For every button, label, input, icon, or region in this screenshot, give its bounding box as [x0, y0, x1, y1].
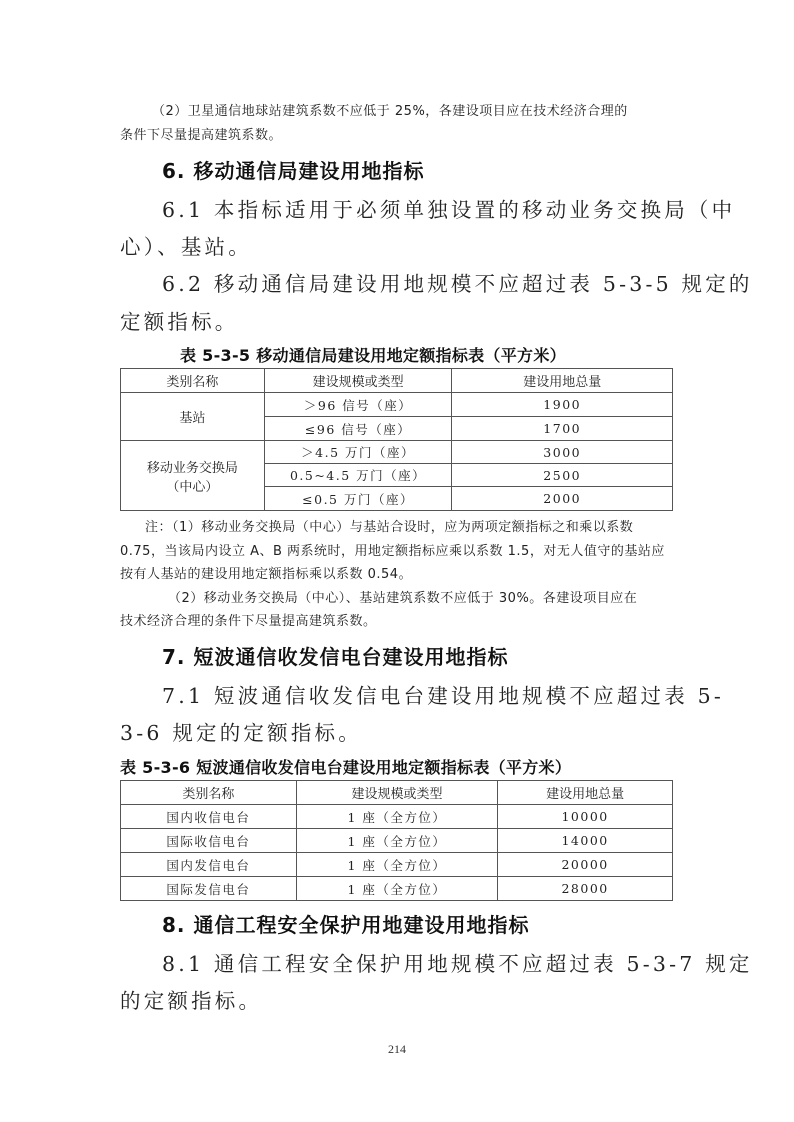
header-scale: 建设规模或类型: [264, 369, 452, 393]
header-category: 类别名称: [121, 781, 297, 805]
category-cell: 国际收信电台: [121, 829, 297, 853]
scale-cell: 1 座（全方位）: [296, 805, 498, 829]
section-7-heading: 7. 短波通信收发信电台建设用地指标: [162, 641, 508, 670]
intro-note-line-2: 条件下尽量提高建筑系数。: [120, 124, 282, 143]
category-cell: 基站: [121, 393, 265, 441]
area-cell: 2500: [452, 464, 673, 487]
header-area: 建设用地总量: [452, 369, 673, 393]
area-cell: 20000: [498, 853, 673, 877]
category-line-1: 移动业务交换局: [121, 457, 264, 476]
table-row: 国际发信电台 1 座（全方位） 28000: [121, 877, 673, 901]
table-row: 基站 ＞96 信号（座） 1900: [121, 393, 673, 417]
area-cell: 1900: [452, 393, 673, 417]
table-header-row: 类别名称 建设规模或类型 建设用地总量: [121, 781, 673, 805]
header-scale: 建设规模或类型: [296, 781, 498, 805]
table-5-3-6: 类别名称 建设规模或类型 建设用地总量 国内收信电台 1 座（全方位） 1000…: [120, 780, 673, 901]
scale-cell: 1 座（全方位）: [296, 877, 498, 901]
scale-cell: ＞96 信号（座）: [264, 393, 452, 417]
category-cell: 国内收信电台: [121, 805, 297, 829]
table-header-row: 类别名称 建设规模或类型 建设用地总量: [121, 369, 673, 393]
table-5-3-5-caption: 表 5-3-5 移动通信局建设用地定额指标表（平方米）: [180, 343, 566, 366]
header-category: 类别名称: [121, 369, 265, 393]
area-cell: 3000: [452, 441, 673, 464]
area-cell: 10000: [498, 805, 673, 829]
table-note-1-line-3: 按有人基站的建设用地定额指标乘以系数 0.54。: [120, 563, 412, 582]
category-cell: 移动业务交换局 （中心）: [121, 441, 265, 511]
scale-cell: ≤96 信号（座）: [264, 417, 452, 441]
category-cell: 国内发信电台: [121, 853, 297, 877]
table-note-1-line-1: 注：（1）移动业务交换局（中心）与基站合设时，应为两项定额指标之和乘以系数: [145, 516, 633, 535]
table-row: 国内收信电台 1 座（全方位） 10000: [121, 805, 673, 829]
section-8-1-line-1: 8.1 通信工程安全保护用地规模不应超过表 5-3-7 规定: [162, 947, 753, 977]
scale-cell: 0.5~4.5 万门（座）: [264, 464, 452, 487]
table-row: 国际收信电台 1 座（全方位） 14000: [121, 829, 673, 853]
table-5-3-6-caption: 表 5-3-6 短波通信收发信电台建设用地定额指标表（平方米）: [120, 755, 571, 778]
intro-note-line-1: （2）卫星通信地球站建筑系数不应低于 25%，各建设项目应在技术经济合理的: [152, 100, 628, 119]
section-6-1-line-1: 6.1 本指标适用于必须单独设置的移动业务交换局（中: [162, 193, 735, 223]
area-cell: 1700: [452, 417, 673, 441]
section-6-2-line-1: 6.2 移动通信局建设用地规模不应超过表 5-3-5 规定的: [162, 267, 753, 297]
area-cell: 2000: [452, 487, 673, 511]
scale-cell: ≤0.5 万门（座）: [264, 487, 452, 511]
header-area: 建设用地总量: [498, 781, 673, 805]
table-5-3-5: 类别名称 建设规模或类型 建设用地总量 基站 ＞96 信号（座） 1900 ≤9…: [120, 368, 673, 511]
table-note-2-line-1: （2）移动业务交换局（中心）、基站建筑系数不应低于 30%。各建设项目应在: [168, 587, 637, 606]
table-row: 移动业务交换局 （中心） ＞4.5 万门（座） 3000: [121, 441, 673, 464]
section-7-1-line-2: 3-6 规定的定额指标。: [120, 716, 362, 746]
table-row: 国内发信电台 1 座（全方位） 20000: [121, 853, 673, 877]
section-6-heading: 6. 移动通信局建设用地指标: [162, 155, 424, 184]
area-cell: 14000: [498, 829, 673, 853]
section-6-1-line-2: 心）、基站。: [120, 230, 252, 260]
scale-cell: 1 座（全方位）: [296, 829, 498, 853]
category-cell: 国际发信电台: [121, 877, 297, 901]
scale-cell: 1 座（全方位）: [296, 853, 498, 877]
page-number: 214: [388, 1042, 406, 1057]
section-8-heading: 8. 通信工程安全保护用地建设用地指标: [162, 909, 529, 938]
table-note-1-line-2: 0.75，当该局内设立 A、B 两系统时，用地定额指标应乘以系数 1.5，对无人…: [120, 540, 665, 559]
table-note-2-line-2: 技术经济合理的条件下尽量提高建筑系数。: [120, 610, 377, 629]
scale-cell: ＞4.5 万门（座）: [264, 441, 452, 464]
section-7-1-line-1: 7.1 短波通信收发信电台建设用地规模不应超过表 5-: [162, 679, 724, 709]
section-8-1-line-2: 的定额指标。: [120, 984, 262, 1014]
area-cell: 28000: [498, 877, 673, 901]
section-6-2-line-2: 定额指标。: [120, 305, 239, 335]
category-line-2: （中心）: [121, 476, 264, 495]
